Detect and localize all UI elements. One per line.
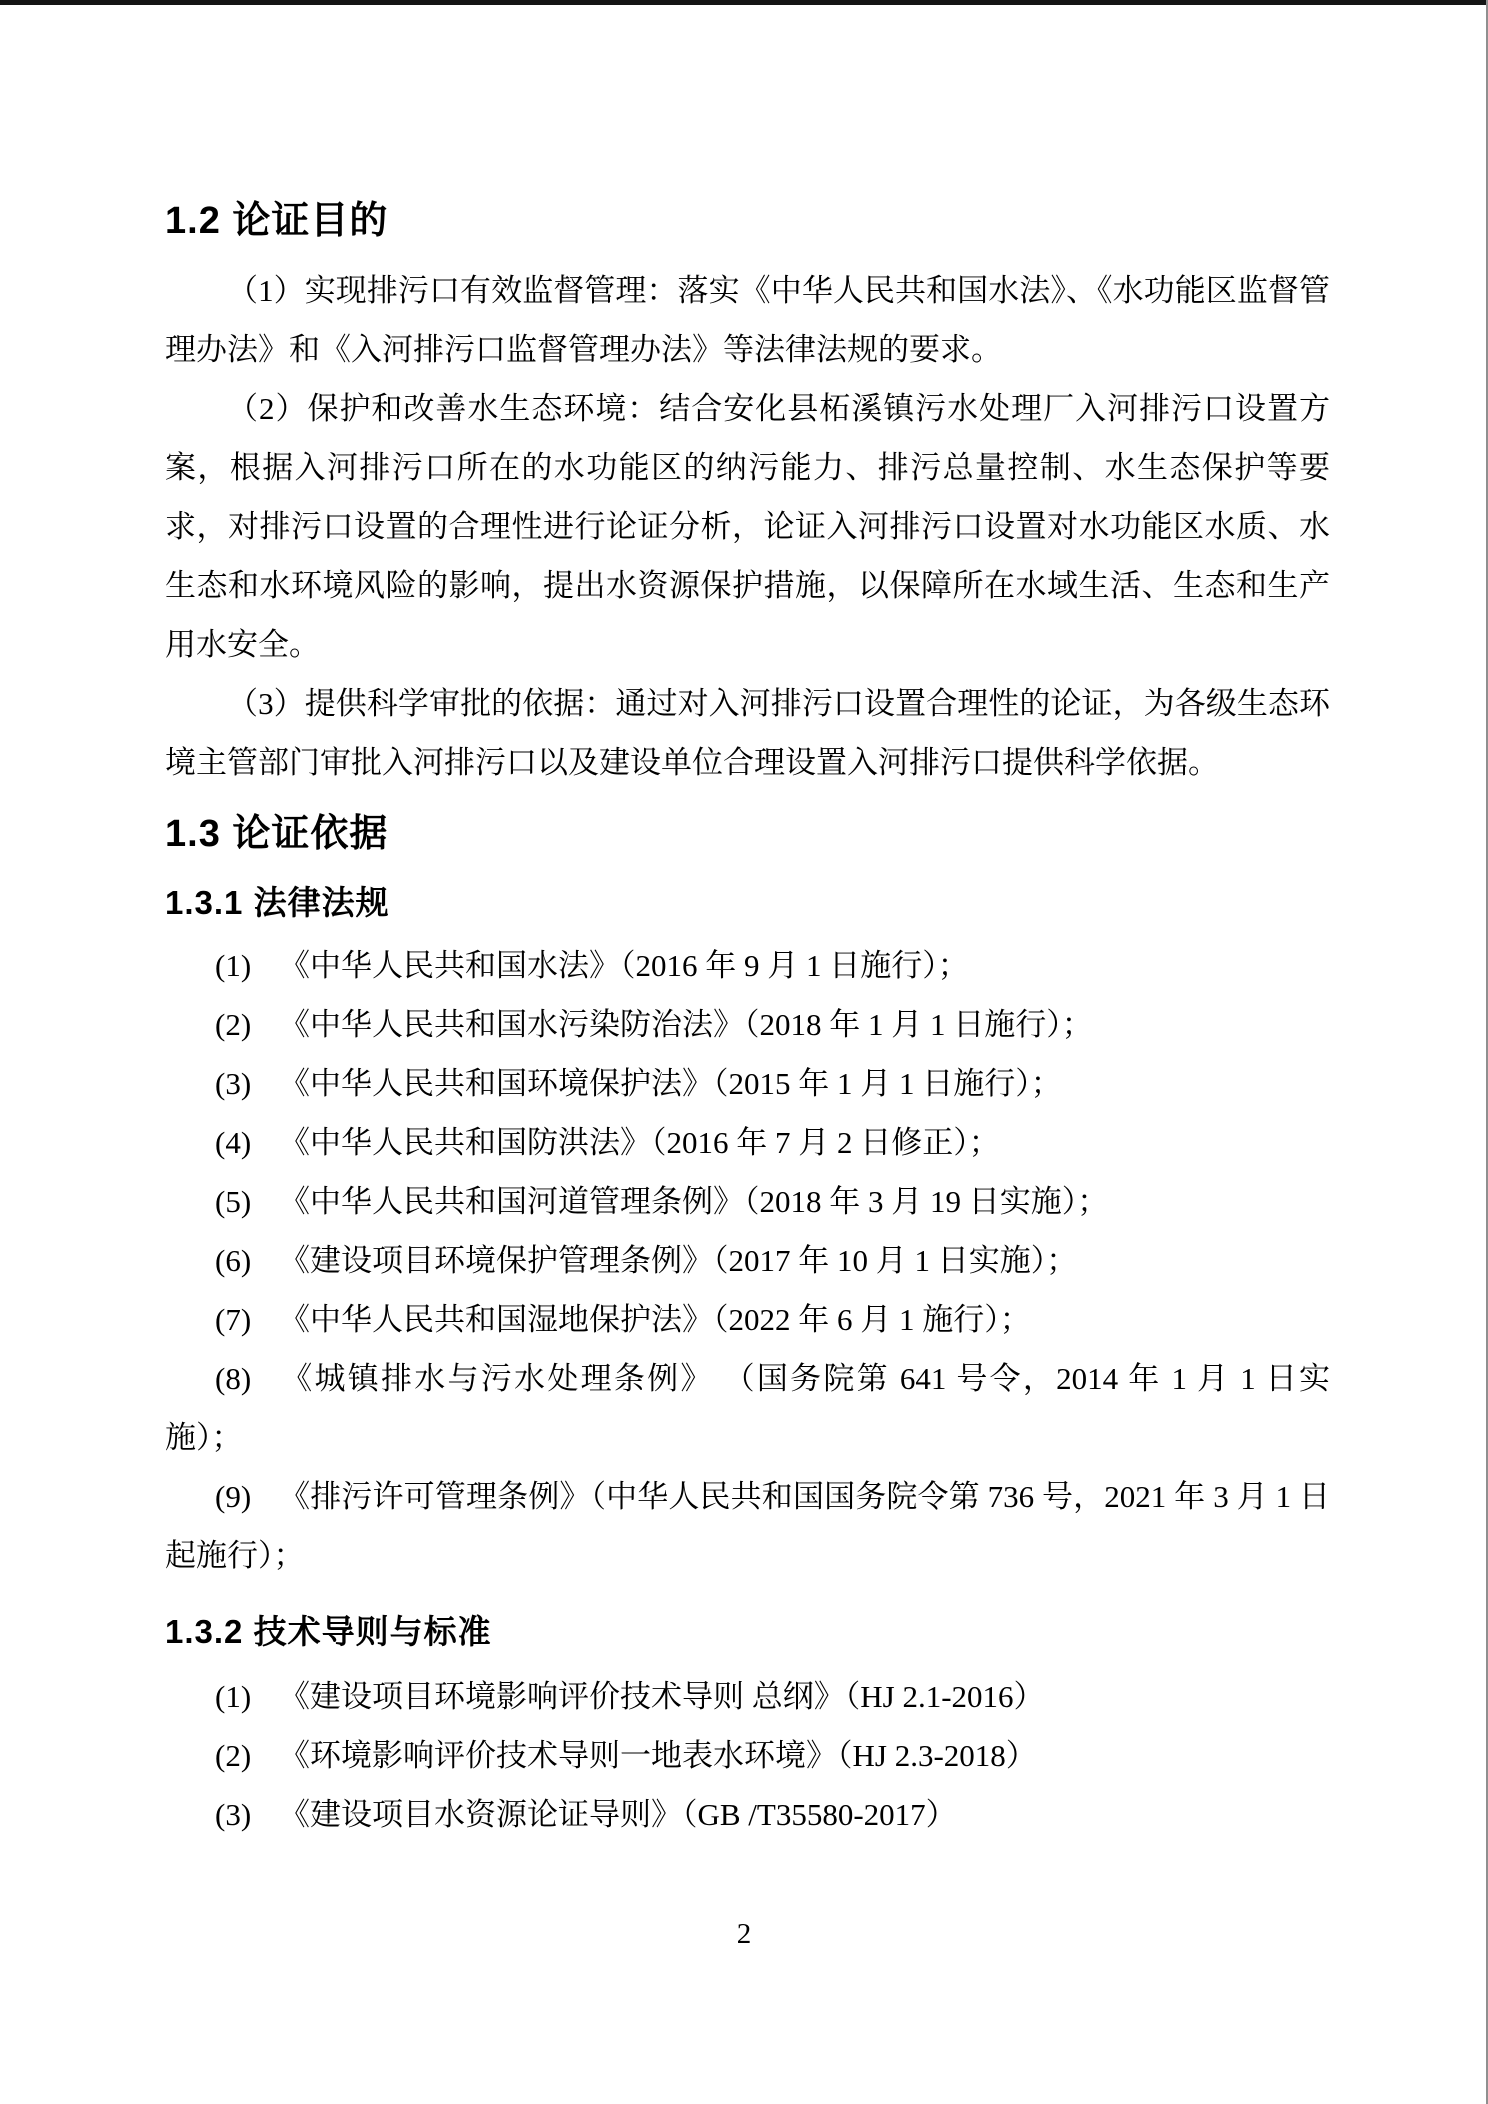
page-content: 1.2 论证目的 （1）实现排污口有效监督管理：落实《中华人民共和国水法》、《水… bbox=[165, 0, 1330, 1844]
list-item-text: 《中华人民共和国环境保护法》（2015 年 1 月 1 日施行）； bbox=[279, 1066, 1062, 1101]
list-item: (4)《中华人民共和国防洪法》（2016 年 7 月 2 日修正）； bbox=[165, 1113, 1330, 1172]
list-item: (8)《城镇排水与污水处理条例》 （国务院第 641 号令，2014 年 1 月… bbox=[165, 1349, 1330, 1467]
list-item: (5)《中华人民共和国河道管理条例》（2018 年 3 月 19 日实施）； bbox=[165, 1172, 1330, 1231]
list-item: (1)《中华人民共和国水法》（2016 年 9 月 1 日施行）； bbox=[165, 936, 1330, 995]
list-item-text: 《建设项目环境保护管理条例》（2017 年 10 月 1 日实施）； bbox=[279, 1243, 1077, 1278]
paragraph-purpose-3: （3）提供科学审批的依据：通过对入河排污口设置合理性的论证，为各级生态环境主管部… bbox=[165, 674, 1330, 792]
list-item-number: (6) bbox=[215, 1231, 279, 1290]
document-page: 1.2 论证目的 （1）实现排污口有效监督管理：落实《中华人民共和国水法》、《水… bbox=[0, 0, 1488, 2104]
list-item-text: 《排污许可管理条例》（中华人民共和国国务院令第 736 号，2021 年 3 月… bbox=[165, 1479, 1330, 1573]
window-top-edge bbox=[0, 0, 1488, 5]
list-item: (3)《建设项目水资源论证导则》（GB /T35580-2017） bbox=[165, 1785, 1330, 1844]
list-item-text: 《中华人民共和国水法》（2016 年 9 月 1 日施行）； bbox=[279, 948, 969, 983]
list-item-number: (2) bbox=[215, 995, 279, 1054]
list-item-number: (1) bbox=[215, 1667, 279, 1726]
list-item-number: (3) bbox=[215, 1054, 279, 1113]
list-item: (3)《中华人民共和国环境保护法》（2015 年 1 月 1 日施行）； bbox=[165, 1054, 1330, 1113]
laws-list: (1)《中华人民共和国水法》（2016 年 9 月 1 日施行）；(2)《中华人… bbox=[165, 936, 1330, 1585]
list-item-number: (4) bbox=[215, 1113, 279, 1172]
subsection-heading-1-3-1: 1.3.1 法律法规 bbox=[165, 882, 1330, 924]
subsection-heading-1-3-2: 1.3.2 技术导则与标准 bbox=[165, 1611, 1330, 1653]
list-item-text: 《中华人民共和国河道管理条例》（2018 年 3 月 19 日实施）； bbox=[279, 1184, 1108, 1219]
paragraph-purpose-2: （2）保护和改善水生态环境：结合安化县柘溪镇污水处理厂入河排污口设置方案，根据入… bbox=[165, 379, 1330, 674]
list-item: (9)《排污许可管理条例》（中华人民共和国国务院令第 736 号，2021 年 … bbox=[165, 1467, 1330, 1585]
list-item: (7)《中华人民共和国湿地保护法》（2022 年 6 月 1 施行）； bbox=[165, 1290, 1330, 1349]
list-item-number: (3) bbox=[215, 1785, 279, 1844]
list-item-number: (7) bbox=[215, 1290, 279, 1349]
list-item-text: 《中华人民共和国湿地保护法》（2022 年 6 月 1 施行）； bbox=[279, 1302, 1031, 1337]
list-item-text: 《环境影响评价技术导则一地表水环境》（HJ 2.3-2018） bbox=[279, 1738, 1037, 1773]
list-item-text: 《中华人民共和国水污染防治法》（2018 年 1 月 1 日施行）； bbox=[279, 1007, 1093, 1042]
list-item: (1)《建设项目环境影响评价技术导则 总纲》（HJ 2.1-2016） bbox=[165, 1667, 1330, 1726]
list-item: (6)《建设项目环境保护管理条例》（2017 年 10 月 1 日实施）； bbox=[165, 1231, 1330, 1290]
list-item-text: 《建设项目环境影响评价技术导则 总纲》（HJ 2.1-2016） bbox=[279, 1679, 1045, 1714]
list-item-number: (8) bbox=[215, 1349, 279, 1408]
list-item-number: (9) bbox=[215, 1467, 279, 1526]
list-item-number: (5) bbox=[215, 1172, 279, 1231]
section-heading-1-2: 1.2 论证目的 bbox=[165, 197, 1330, 245]
list-item-number: (1) bbox=[215, 936, 279, 995]
paragraph-purpose-1: （1）实现排污口有效监督管理：落实《中华人民共和国水法》、《水功能区监督管理办法… bbox=[165, 261, 1330, 379]
section-heading-1-3: 1.3 论证依据 bbox=[165, 810, 1330, 858]
list-item-text: 《建设项目水资源论证导则》（GB /T35580-2017） bbox=[279, 1797, 957, 1832]
list-item: (2)《环境影响评价技术导则一地表水环境》（HJ 2.3-2018） bbox=[165, 1726, 1330, 1785]
list-item-text: 《中华人民共和国防洪法》（2016 年 7 月 2 日修正）； bbox=[279, 1125, 1000, 1160]
list-item: (2)《中华人民共和国水污染防治法》（2018 年 1 月 1 日施行）； bbox=[165, 995, 1330, 1054]
page-number: 2 bbox=[0, 1918, 1488, 1951]
list-item-number: (2) bbox=[215, 1726, 279, 1785]
list-item-text: 《城镇排水与污水处理条例》 （国务院第 641 号令，2014 年 1 月 1 … bbox=[165, 1361, 1330, 1455]
standards-list: (1)《建设项目环境影响评价技术导则 总纲》（HJ 2.1-2016）(2)《环… bbox=[165, 1667, 1330, 1844]
